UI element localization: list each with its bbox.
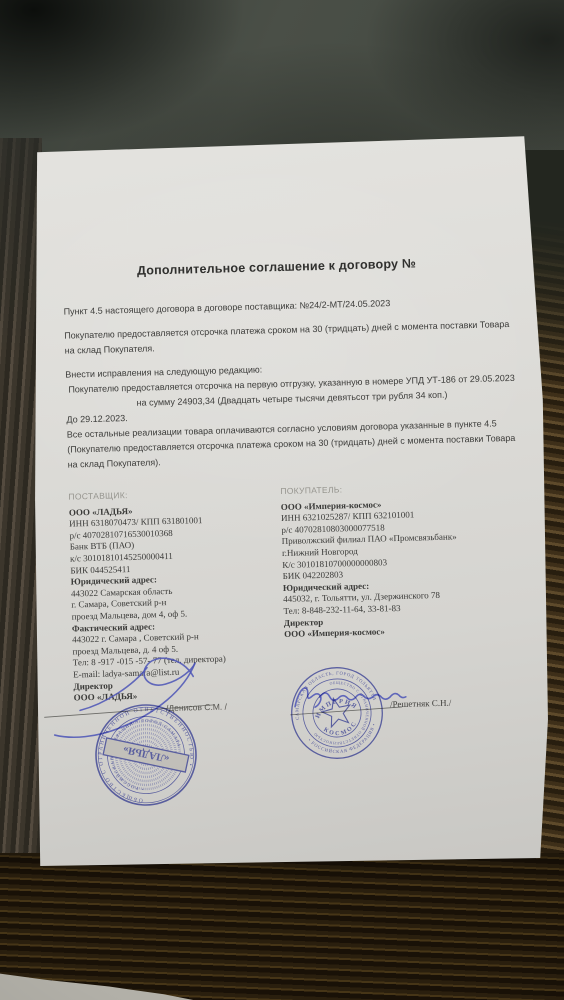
buyer-label: ПОКУПАТЕЛЬ: bbox=[280, 480, 528, 498]
supplier-label: ПОСТАВЩИК: bbox=[68, 486, 280, 503]
document-title: Дополнительное соглашение к договору № bbox=[26, 254, 526, 281]
agreement-paragraph: Покупателю предоставляется отсрочка плат… bbox=[64, 317, 517, 359]
ladya-round-stamp: ОБЩЕСТВО С ОГРАНИЧЕННОЙ ОТВЕТСТВЕННОСТЬЮ… bbox=[90, 699, 201, 810]
buyer-column: ПОКУПАТЕЛЬ: ООО «Империя-космос» ИНН 632… bbox=[280, 480, 533, 699]
agreement-paragraph: Пункт 4.5 настоящего договора в договоре… bbox=[63, 293, 515, 320]
wood-table-bottom bbox=[0, 853, 564, 1000]
signatory-name-right: /Решетняк С.Н./ bbox=[390, 698, 452, 710]
agreement-sheet: Дополнительное соглашение к договору № П… bbox=[33, 134, 549, 866]
agreement-body: Пункт 4.5 настоящего договора в договоре… bbox=[63, 293, 519, 473]
